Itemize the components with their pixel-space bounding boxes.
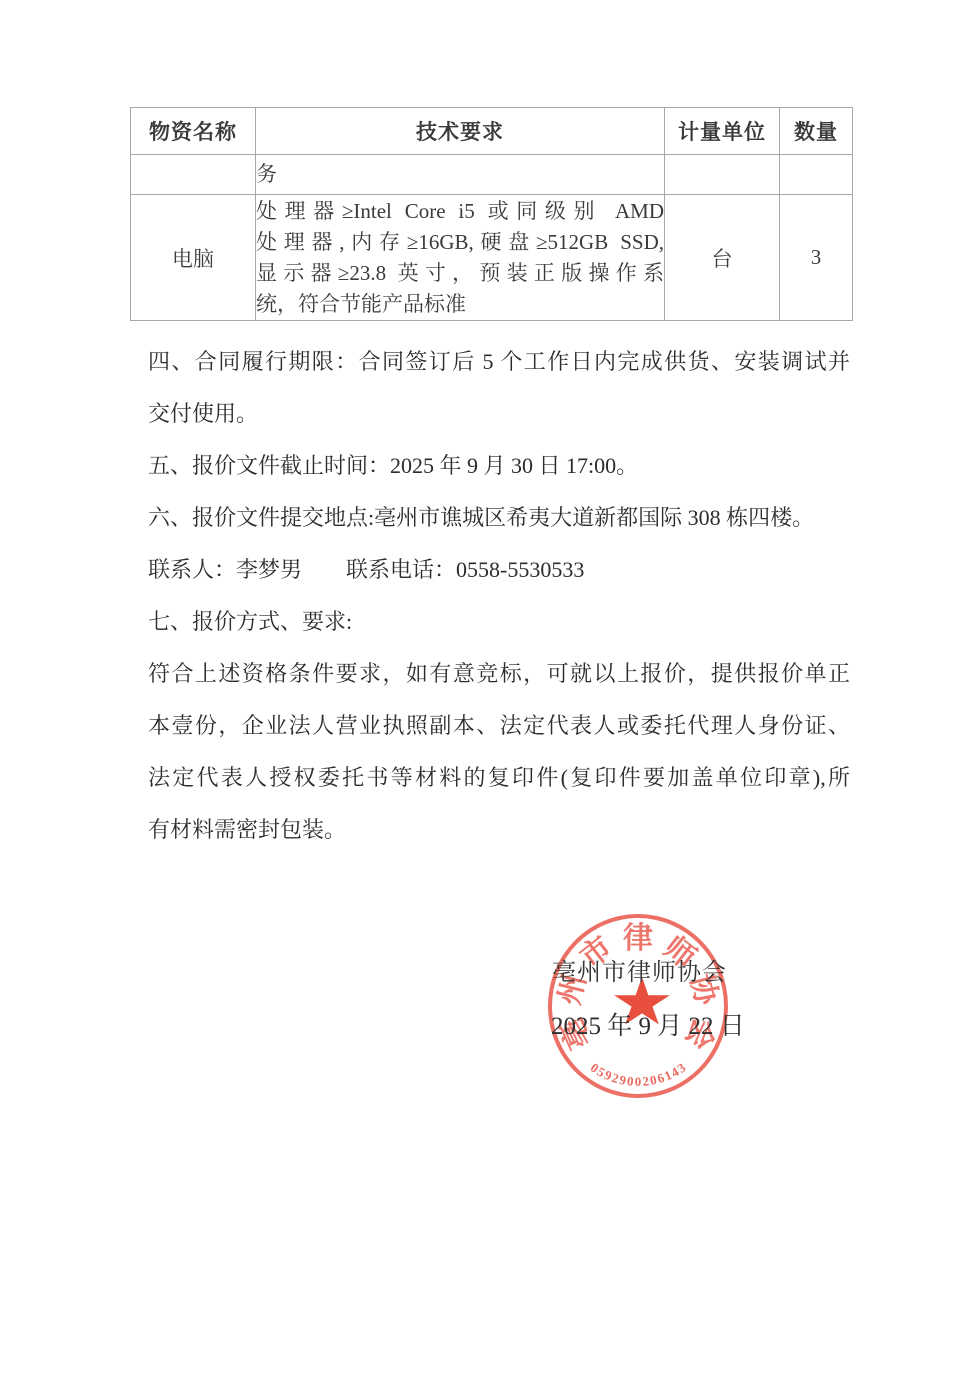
signature-date: 2025 年 9 月 22 日 bbox=[551, 1006, 745, 1042]
cell-tech-requirements: 处理器≥Intel Core i5 或同级别 AMD处理器,内存≥16GB,硬盘… bbox=[256, 195, 665, 321]
seal-arc-digit: 0 bbox=[635, 1074, 642, 1090]
body-paragraphs: 四、合同履行期限：合同签订后 5 个工作日内完成供货、安装调试并交付使用。五、报… bbox=[148, 336, 850, 856]
spec-table: 物资名称 技术要求 计量单位 数量 务 电脑 处理器≥Intel Core i5… bbox=[130, 107, 853, 321]
cell-material-name: 电脑 bbox=[131, 195, 256, 321]
text-line: 有材料需密封包装。 bbox=[148, 804, 850, 856]
table-row: 务 bbox=[131, 155, 853, 195]
table-header-row: 物资名称 技术要求 计量单位 数量 bbox=[131, 108, 853, 155]
header-unit: 计量单位 bbox=[665, 108, 780, 155]
text-line: 七、报价方式、要求: bbox=[148, 596, 850, 648]
cell-quantity bbox=[780, 155, 853, 195]
text-line: 六、报价文件提交地点:亳州市谯城区希夷大道新都国际 308 栋四楼。 bbox=[148, 492, 850, 544]
header-material-name: 物资名称 bbox=[131, 108, 256, 155]
paragraph: 七、报价方式、要求: bbox=[148, 596, 850, 648]
text-line: 法定代表人授权委托书等材料的复印件(复印件要加盖单位印章),所 bbox=[148, 752, 850, 804]
paragraph: 符合上述资格条件要求，如有意竞标，可就以上报价，提供报价单正本壹份，企业法人营业… bbox=[148, 648, 850, 856]
text-line: 五、报价文件截止时间：2025 年 9 月 30 日 17:00。 bbox=[148, 440, 850, 492]
signature-organization: 亳州市律师协会 bbox=[552, 952, 727, 987]
cell-tech-requirements: 务 bbox=[256, 155, 665, 195]
cell-unit bbox=[665, 155, 780, 195]
cell-quantity: 3 bbox=[780, 195, 853, 321]
text-line: 显示器≥23.8 英寸，预装正版操作系 bbox=[256, 258, 664, 289]
table-row: 电脑 处理器≥Intel Core i5 或同级别 AMD处理器,内存≥16GB… bbox=[131, 195, 853, 321]
cell-material-name bbox=[131, 155, 256, 195]
text-line: 处理器≥Intel Core i5 或同级别 AMD bbox=[256, 196, 664, 227]
seal-ring-character: 律 bbox=[623, 913, 653, 957]
paragraph: 四、合同履行期限：合同签订后 5 个工作日内完成供货、安装调试并交付使用。 bbox=[148, 336, 850, 440]
text-line: 本壹份，企业法人营业执照副本、法定代表人或委托代理人身份证、 bbox=[148, 700, 850, 752]
paragraph: 六、报价文件提交地点:亳州市谯城区希夷大道新都国际 308 栋四楼。 bbox=[148, 492, 850, 544]
paragraph: 五、报价文件截止时间：2025 年 9 月 30 日 17:00。 bbox=[148, 440, 850, 492]
text-line: 交付使用。 bbox=[148, 388, 850, 440]
header-tech-requirements: 技术要求 bbox=[256, 108, 665, 155]
text-line: 务 bbox=[256, 159, 664, 190]
paragraph: 联系人：李梦男 联系电话：0558-5530533 bbox=[148, 544, 850, 596]
text-line: 四、合同履行期限：合同签订后 5 个工作日内完成供货、安装调试并 bbox=[148, 336, 850, 388]
text-line: 符合上述资格条件要求，如有意竞标，可就以上报价，提供报价单正 bbox=[148, 648, 850, 700]
text-line: 联系人：李梦男 联系电话：0558-5530533 bbox=[148, 544, 850, 596]
cell-unit: 台 bbox=[665, 195, 780, 321]
header-quantity: 数量 bbox=[780, 108, 853, 155]
text-line: 处理器,内存≥16GB,硬盘≥512GB SSD, bbox=[256, 227, 664, 258]
text-line: 统，符合节能产品标准 bbox=[256, 289, 664, 320]
